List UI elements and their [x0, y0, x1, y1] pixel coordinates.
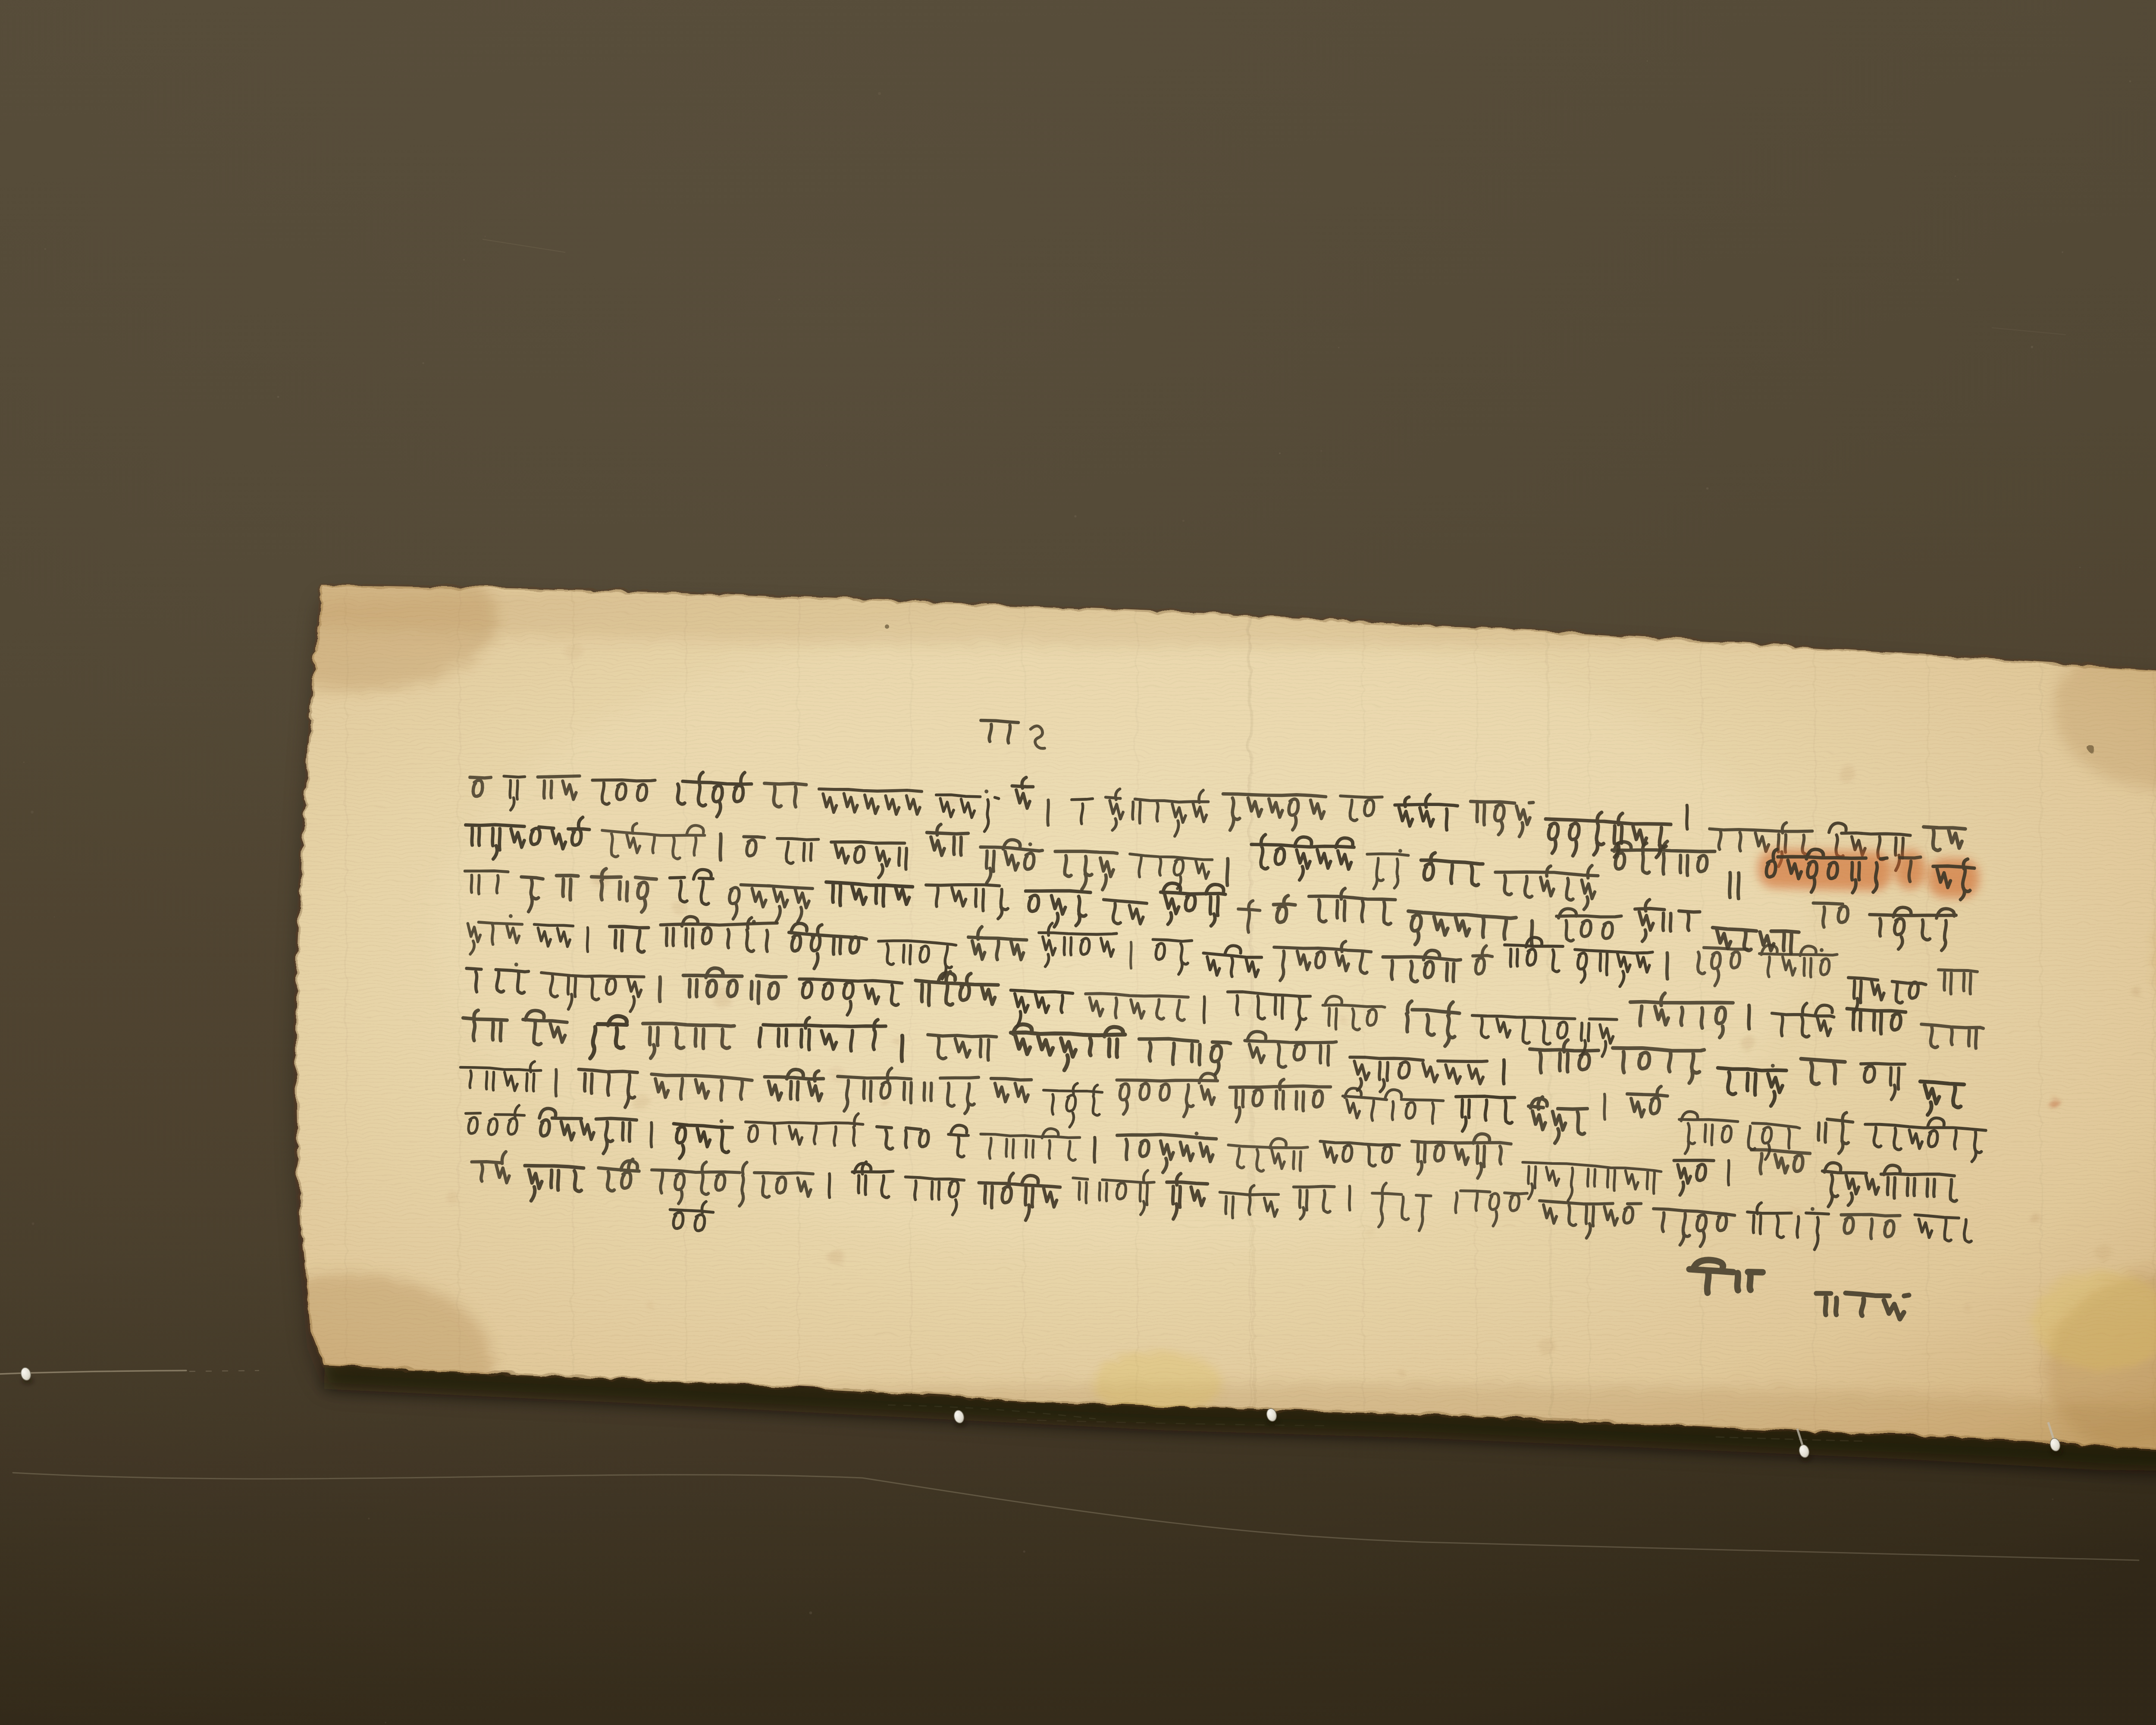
manuscript-photo	[0, 0, 2156, 1725]
photo-stage: ক্রু ২ বীঁ ই যেষ গন্তুং যথাস্তাং শ্রী বৌ…	[0, 0, 2156, 1725]
photo-grain	[0, 0, 2156, 1725]
